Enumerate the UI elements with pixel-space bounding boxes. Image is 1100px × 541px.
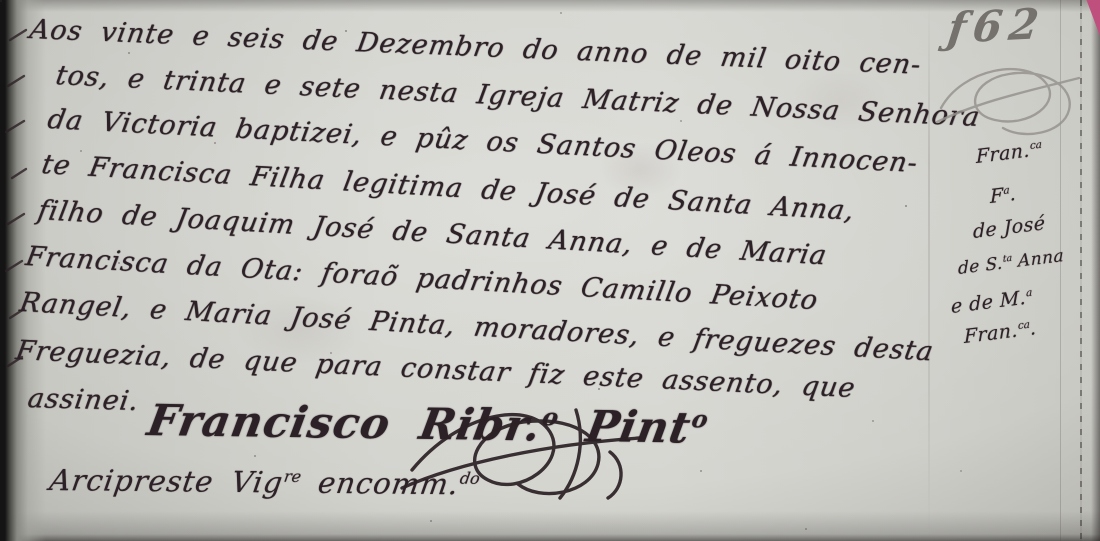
margin-note: Fran.ca	[976, 138, 1042, 168]
priest-title: Arcipreste Vigre encomm.do	[47, 463, 481, 501]
margin-note: e de M.a	[951, 286, 1033, 318]
pencil-rubric-scribble	[933, 56, 1083, 136]
ink-specks	[0, 0, 2, 2]
folio-number: ƒ62	[945, 0, 1048, 53]
manuscript-page: Aos vinte e seis de Dezembro do anno de …	[0, 0, 1100, 541]
margin-note: de S.ta Anna	[958, 246, 1064, 279]
record-line-9: assinei.	[26, 383, 142, 417]
page-crease	[928, 0, 930, 541]
right-edge-shadow	[1091, 0, 1100, 541]
margin-note: Fran.ca.	[964, 317, 1037, 348]
margin-note: Fa.	[990, 183, 1017, 208]
margin-note: de José	[973, 212, 1046, 243]
